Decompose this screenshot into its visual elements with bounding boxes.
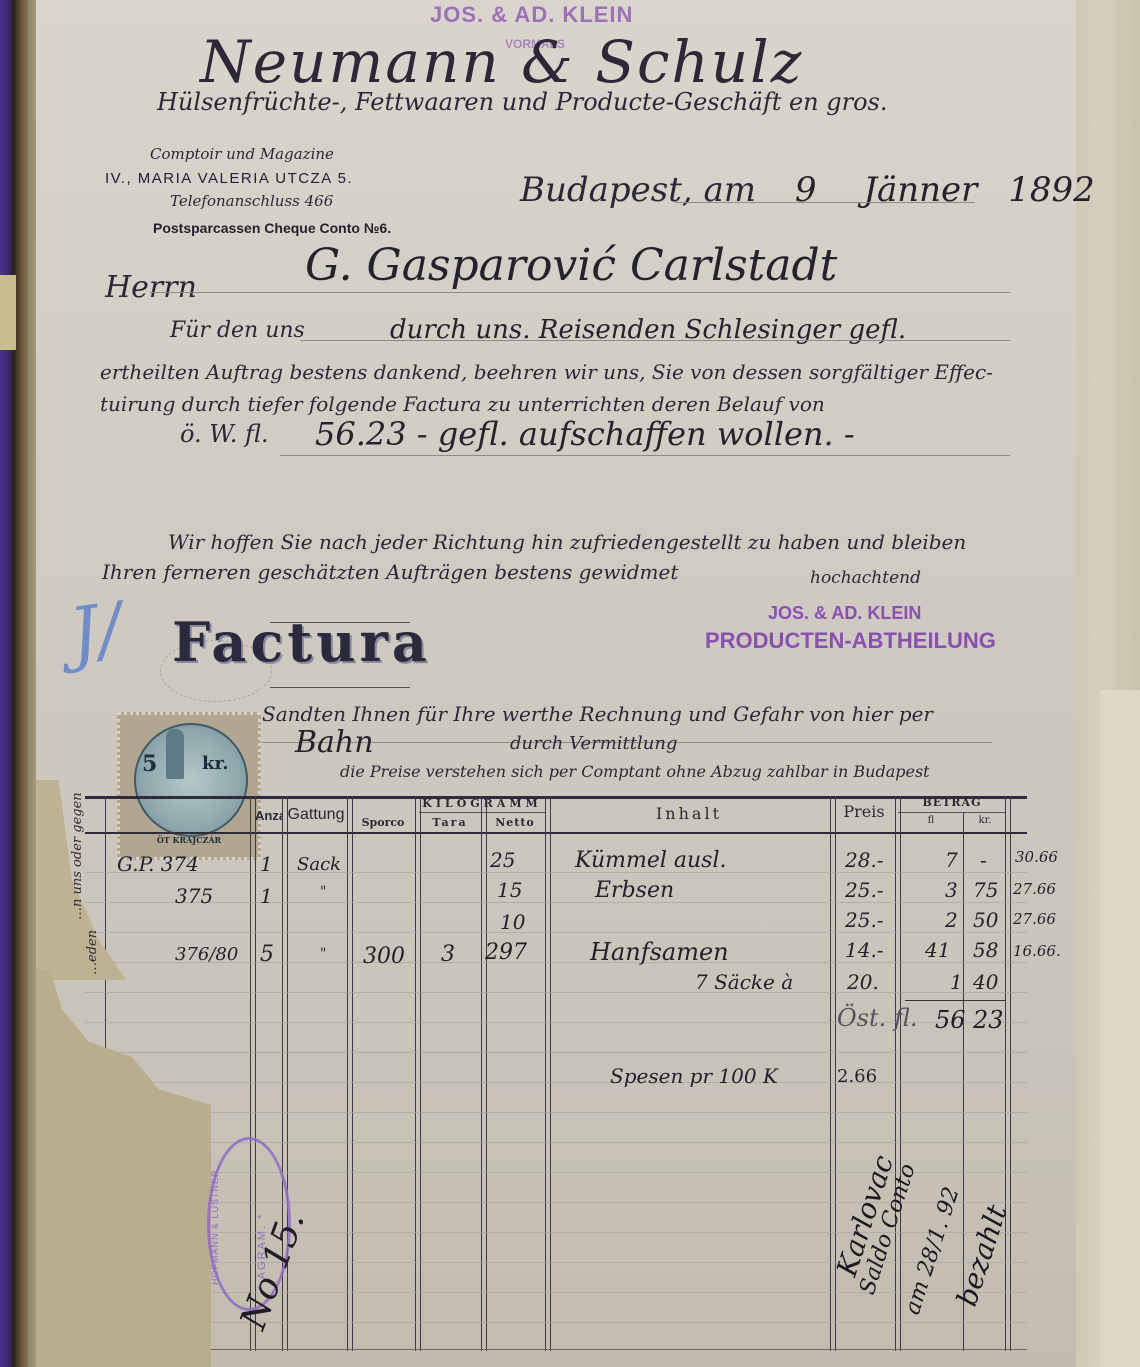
cell-netto: 25 bbox=[490, 848, 515, 872]
col-line bbox=[1005, 796, 1011, 1351]
cell-kr: 75 bbox=[973, 878, 998, 902]
recipient-rule bbox=[150, 292, 1010, 293]
cell-anzahl: 1 bbox=[260, 884, 273, 908]
cell-preis: 14.- bbox=[845, 938, 884, 962]
row-rule bbox=[85, 1142, 1027, 1143]
cell-note: 16.66. bbox=[1013, 942, 1061, 960]
body-line-1: ertheilten Auftrag bestens dankend, beeh… bbox=[100, 360, 993, 384]
margin-vertical-text: …n uns oder gegen bbox=[70, 792, 85, 920]
recipient-name: G. Gasparović Carlstadt bbox=[305, 240, 837, 291]
cell-inhalt: Hanfsamen bbox=[590, 938, 729, 966]
col-line bbox=[415, 796, 421, 1351]
betrag-sub-rule bbox=[898, 812, 1006, 813]
amount-rule bbox=[280, 455, 1010, 456]
date-year: 1892 bbox=[1008, 170, 1095, 210]
cell-anzahl: 5 bbox=[260, 942, 274, 967]
closing-line-2: Ihren ferneren geschätzten Aufträgen bes… bbox=[102, 560, 678, 584]
header-kilogramm: KILOGRAMM bbox=[419, 797, 545, 810]
crown-icon bbox=[166, 729, 184, 779]
cell-sporco: 300 bbox=[363, 944, 405, 969]
header-preis: Preis bbox=[834, 802, 894, 821]
header-fl: fl bbox=[899, 815, 963, 826]
factura-rule-top bbox=[270, 622, 410, 623]
total-rule bbox=[905, 1000, 1005, 1001]
total-label: Öst. fl. bbox=[837, 1004, 918, 1032]
row-rule bbox=[85, 992, 1027, 993]
cell-note: 27.66 bbox=[1013, 910, 1056, 928]
row-rule bbox=[85, 932, 1027, 933]
company-address: IV., MARIA VALERIA UTCZA 5. bbox=[105, 170, 353, 187]
row-rule bbox=[85, 902, 1027, 903]
cell-gattung: Sack bbox=[297, 854, 341, 875]
currency-label: ö. W. fl. bbox=[180, 420, 269, 448]
header-netto: Netto bbox=[485, 816, 545, 829]
via-rule bbox=[300, 340, 1010, 341]
stamp-value: 5 bbox=[142, 751, 157, 777]
cell-inhalt: 7 Säcke à bbox=[695, 970, 793, 994]
fuer-label: Für den uns bbox=[170, 318, 305, 343]
cell-note: 27.66 bbox=[1013, 880, 1056, 898]
signature-stamp-department: PRODUCTEN-ABTHEILUNG bbox=[705, 628, 996, 654]
row-rule bbox=[85, 872, 1027, 873]
date-month: Jänner bbox=[863, 170, 977, 210]
cell-fl: 7 bbox=[945, 848, 958, 872]
header-sporco: Sporco bbox=[351, 816, 415, 829]
binding-tape bbox=[0, 275, 16, 350]
book-binding bbox=[0, 0, 30, 1367]
shipping-line: Sandten Ihnen für Ihre werthe Rechnung u… bbox=[262, 702, 933, 726]
row-rule bbox=[85, 1112, 1027, 1113]
margin-vertical-text-2: …eden bbox=[85, 930, 100, 975]
header-betrag: BETRAG bbox=[899, 796, 1005, 809]
col-line bbox=[347, 796, 353, 1351]
cell-mark: 376/80 bbox=[175, 944, 238, 965]
factura-rule-bottom bbox=[270, 687, 410, 688]
spesen-value: 2.66 bbox=[837, 1066, 877, 1087]
body-line-2: tuirung durch tiefer folgende Factura zu… bbox=[100, 392, 825, 416]
durch-vermittlung: durch Vermittlung bbox=[510, 733, 677, 754]
row-rule bbox=[85, 1052, 1027, 1053]
blue-pencil-mark: J/ bbox=[65, 587, 128, 675]
cell-preis: 25.- bbox=[845, 878, 884, 902]
cell-kr: 40 bbox=[973, 970, 998, 994]
table-top-border bbox=[85, 796, 1027, 799]
signature-stamp-firm: JOS. & AD. KLEIN bbox=[768, 603, 921, 624]
invoice-amount: 56.23 - gefl. aufschaffen wollen. - bbox=[315, 415, 855, 453]
cell-mark: G.P. 374 bbox=[117, 852, 199, 876]
row-rule bbox=[85, 1082, 1027, 1083]
header-kr: kr. bbox=[965, 815, 1005, 826]
stamp-firm-name: HOFMANN & LUSTNER bbox=[210, 1169, 220, 1285]
header-bottom-border bbox=[85, 832, 1027, 834]
company-name: Neumann & Schulz bbox=[200, 28, 803, 96]
cell-mark: 375 bbox=[175, 884, 213, 908]
cell-gattung: " bbox=[320, 946, 326, 962]
cheque-account: Postsparcassen Cheque Conto №6. bbox=[153, 220, 391, 236]
factura-title: Factura bbox=[172, 610, 431, 674]
cell-kr: 50 bbox=[973, 908, 998, 932]
header-tara: Tara bbox=[419, 816, 481, 829]
col-line bbox=[545, 796, 551, 1351]
col-line bbox=[481, 796, 487, 1351]
cell-netto: 10 bbox=[500, 910, 525, 934]
cell-fl: 3 bbox=[945, 878, 958, 902]
salutation: Herrn bbox=[105, 270, 197, 305]
date-day: 9 bbox=[795, 170, 817, 210]
cell-netto: 297 bbox=[485, 940, 527, 965]
stamp-unit: kr. bbox=[202, 753, 229, 774]
date-place: Budapest, am bbox=[520, 170, 756, 210]
cell-inhalt: Erbsen bbox=[595, 878, 674, 903]
date-rule bbox=[675, 202, 975, 203]
row-rule bbox=[85, 1322, 1027, 1323]
cell-preis: 28.- bbox=[845, 848, 884, 872]
business-description: Hülsenfrüchte-, Fettwaaren und Producte-… bbox=[157, 88, 888, 116]
cell-anzahl: 1 bbox=[260, 852, 273, 876]
cell-tara: 3 bbox=[441, 942, 455, 967]
header-anzahl: Anzahl bbox=[255, 808, 283, 823]
cell-note: 30.66 bbox=[1015, 848, 1058, 866]
spesen-label: Spesen pr 100 K bbox=[610, 1064, 778, 1088]
shipping-method: Bahn bbox=[295, 725, 374, 760]
closing-line-1: Wir hoffen Sie nach jeder Richtung hin z… bbox=[168, 530, 966, 554]
cell-kr: - bbox=[980, 848, 987, 872]
regards: hochachtend bbox=[810, 568, 921, 588]
header-inhalt: Inhalt bbox=[549, 804, 829, 823]
payment-terms: die Preise verstehen sich per Comptant o… bbox=[340, 762, 930, 781]
total-fl: 56 bbox=[935, 1006, 966, 1034]
comptoir-label: Comptoir und Magazine bbox=[150, 145, 334, 163]
date-line: Budapest, am 9 Jänner 1892 bbox=[520, 170, 1095, 210]
cell-kr: 58 bbox=[973, 938, 998, 962]
col-line bbox=[895, 796, 901, 1351]
cell-gattung: " bbox=[320, 884, 326, 900]
cell-fl: 41 bbox=[925, 938, 950, 962]
cell-fl: 2 bbox=[945, 908, 958, 932]
cell-preis: 25.- bbox=[845, 908, 884, 932]
telephone-number: Telefonanschluss 466 bbox=[170, 192, 333, 210]
top-klein-stamp: JOS. & AD. KLEIN bbox=[430, 2, 633, 28]
header-gattung: Gattung bbox=[285, 806, 347, 824]
total-kr: 23 bbox=[973, 1006, 1004, 1034]
table-bottom-border bbox=[85, 1349, 1027, 1350]
cell-netto: 15 bbox=[497, 878, 522, 902]
cell-preis: 20. bbox=[847, 970, 879, 994]
right-page-flap bbox=[1100, 690, 1140, 1367]
cell-fl: 1 bbox=[950, 970, 963, 994]
cell-inhalt: Kümmel ausl. bbox=[575, 848, 727, 873]
